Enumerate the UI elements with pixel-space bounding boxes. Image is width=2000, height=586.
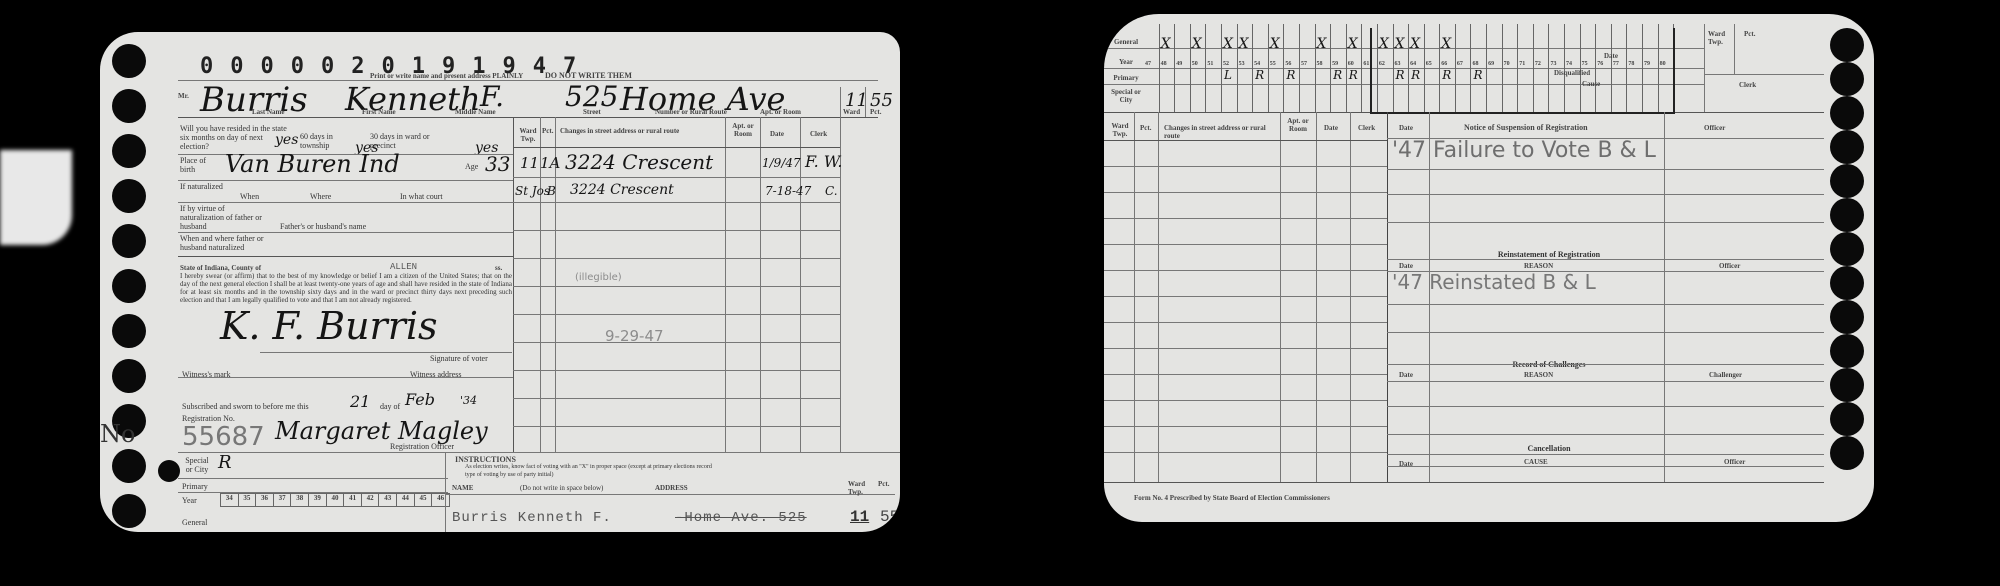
cancellation-cause-header: CAUSE (1524, 458, 1548, 466)
changes-header-date: Date (1324, 124, 1338, 132)
when-where-father-label: When and where father or husband natural… (180, 234, 280, 252)
cause-label: Cause (1582, 80, 1600, 88)
row-label-year: Year (1108, 58, 1144, 66)
punch-hole (1830, 198, 1864, 232)
year-cell: 45 (415, 494, 433, 506)
punch-hole (1830, 368, 1864, 402)
father-husband-name-label: Father's or husband's name (280, 222, 366, 231)
voter-signature: K. F. Burris (220, 304, 438, 348)
instructions-line-2: type of voting by use of party initial) (465, 472, 553, 479)
punch-hole (1830, 130, 1864, 164)
row-label-general: General (1108, 38, 1144, 46)
witness-address-label: Witness address (410, 370, 461, 379)
front-year-row: 34 35 36 37 38 39 40 41 42 43 44 45 46 (220, 493, 450, 507)
in-what-court-label: In what court (400, 192, 443, 201)
index-ward-label: Ward Twp. (848, 480, 873, 496)
index-address: -Home Ave. 525 (675, 510, 807, 526)
punch-hole (112, 494, 146, 528)
vote-year-column: 56R (1284, 24, 1300, 112)
vote-year-column: X48 (1160, 24, 1176, 112)
vote-year-column: 49 (1175, 24, 1191, 112)
year-cell: 49 (1176, 60, 1182, 68)
small-punch-hole (158, 460, 180, 482)
year-cell: 61 (1363, 60, 1369, 68)
year-cell: 52 (1223, 60, 1229, 68)
general-label: General (182, 518, 207, 527)
suspension-title: Notice of Suspension of Registration (1464, 124, 1588, 132)
cancellation-officer-header: Officer (1724, 458, 1745, 466)
year-cell: 44 (397, 494, 415, 506)
reinstatement-officer-header: Officer (1719, 262, 1740, 270)
changes-header-clerk: Clerk (810, 130, 827, 138)
vote-year-column: 54R (1253, 24, 1269, 112)
year-cell: 50 (1192, 60, 1198, 68)
title-prefix: Mr. (178, 92, 189, 100)
pct-label: Pct. (870, 108, 881, 116)
days-township-label: 60 days in township (300, 132, 360, 150)
reinstatement-title: Reinstatement of Registration (1434, 250, 1664, 259)
vote-year-column: X53 (1238, 24, 1254, 112)
year-cell: 48 (1161, 60, 1167, 68)
general-vote-mark: X (1239, 36, 1249, 52)
middle-name-label: Middle Name (455, 108, 496, 116)
year-cell: 41 (344, 494, 362, 506)
instructions-name-label: NAME (452, 484, 473, 492)
year-cell: 37 (274, 494, 292, 506)
general-vote-mark: X (1192, 36, 1202, 52)
year-cell: 36 (256, 494, 274, 506)
days-ward-label: 30 days in ward or precinct (370, 132, 440, 150)
age-value: 33 (485, 152, 510, 176)
general-vote-mark: X (1348, 36, 1358, 52)
row-label-special-city: Special or City (1108, 88, 1144, 104)
punch-hole (112, 359, 146, 393)
changes-header-clerk: Clerk (1358, 124, 1375, 132)
sworn-year-value: '34 (460, 394, 477, 407)
punch-hole (112, 134, 146, 168)
form-footer: Form No. 4 Prescribed by State Board of … (1134, 494, 1330, 502)
resided-state-label: Will you have resided in the state six m… (180, 124, 290, 151)
place-of-birth-label: Place of birth (180, 156, 220, 174)
punch-hole (1830, 436, 1864, 470)
officer-signature: Margaret Magley (275, 417, 488, 445)
ward-label: Ward (843, 108, 860, 116)
year-cell: 47 (1145, 60, 1151, 68)
date-label-grid: Date (1604, 52, 1618, 60)
change-row-4-address: (illegible) (575, 272, 622, 283)
when-label: When (240, 192, 259, 201)
changes-header-address: Changes in street address or rural route (560, 127, 720, 135)
general-vote-mark: X (1317, 36, 1327, 52)
changes-header-address: Changes in street address or rural route (1164, 124, 1279, 140)
primary-label: Primary (182, 482, 208, 491)
number-mark: No (100, 420, 135, 448)
index-name: Burris Kenneth F. (452, 510, 612, 526)
oath-county-value: ALLEN (390, 262, 417, 272)
oath-text: I hereby swear (or affirm) that to the b… (180, 272, 512, 304)
changes-header-ward: Ward Twp. (1106, 122, 1134, 138)
vote-year-column: X60R (1347, 24, 1363, 112)
special-city-label: Special or City (182, 456, 212, 474)
change-row-2-clerk: C. (825, 184, 838, 198)
change-row-1-date: 1/9/47 (762, 156, 801, 170)
punch-hole (1830, 164, 1864, 198)
change-row-2-date: 7-18-47 (765, 184, 811, 198)
punch-hole (1830, 402, 1864, 436)
year-cell: 58 (1317, 60, 1323, 68)
place-of-birth-value: Van Buren Ind (225, 150, 400, 178)
suspension-date-header: Date (1399, 124, 1413, 132)
challenges-reason-header: REASON (1524, 371, 1553, 379)
apt-room-label: Apt. or Room (760, 108, 801, 116)
suspension-entry: '47 Failure to Vote B & L (1392, 138, 1656, 163)
adjacent-card-edge (0, 150, 72, 245)
challenges-challenger-header: Challenger (1709, 371, 1742, 379)
year-cell: 35 (239, 494, 257, 506)
year-cell: 39 (309, 494, 327, 506)
primary-vote-mark: R (1333, 68, 1342, 82)
change-row-1-address: 3224 Crescent (565, 150, 713, 174)
reinstatement-reason-header: REASON (1524, 262, 1553, 270)
punch-hole (1830, 232, 1864, 266)
resided-state-answer: yes (275, 132, 298, 148)
vote-year-column: 51 (1206, 24, 1222, 112)
year-label: Year (182, 496, 197, 505)
changes-header-pct: Pct. (542, 127, 553, 135)
registration-no-value: 55687 (182, 422, 265, 452)
year-cell: 59 (1332, 60, 1338, 68)
number-rural-route-label: Number or Rural Route (655, 108, 727, 116)
instructions-address-label: ADDRESS (655, 484, 688, 492)
primary-vote-mark: R (1286, 68, 1295, 82)
changes-header-pct: Pct. (1140, 124, 1151, 132)
later-years-box (1370, 28, 1675, 114)
punch-hole (1830, 62, 1864, 96)
change-row-2-pct: B (547, 184, 556, 198)
punch-hole (112, 314, 146, 348)
vote-year-column: 59R (1331, 24, 1347, 112)
year-cell: 38 (291, 494, 309, 506)
year-cell: 40 (327, 494, 345, 506)
year-cell: 55 (1270, 60, 1276, 68)
instructions-title: INSTRUCTIONS (455, 456, 516, 464)
punch-hole (112, 224, 146, 258)
registration-card-front: 0000020191947 Print or write name and pr… (100, 32, 900, 532)
punch-hole (112, 89, 146, 123)
do-not-write-label: (Do not write in space below) (520, 484, 603, 493)
punch-hole (1830, 300, 1864, 334)
suspension-officer-header: Officer (1704, 124, 1725, 132)
sworn-month-value: Feb (405, 390, 435, 409)
witness-label: Witness's mark (182, 370, 230, 379)
change-row-1-clerk: F. W. (805, 152, 843, 171)
reinstatement-date-header: Date (1399, 262, 1413, 270)
vote-year-column: 57 (1300, 24, 1316, 112)
row-label-primary: Primary (1108, 74, 1144, 82)
disqualified-label: Disqualified (1554, 69, 1590, 77)
year-cell: 57 (1301, 60, 1307, 68)
punch-hole (1830, 28, 1864, 62)
sworn-day-value: 21 (350, 392, 370, 411)
oath-state-county: State of Indiana, County of (180, 264, 261, 272)
top-pct-label: Pct. (1744, 30, 1755, 38)
year-cell: 53 (1239, 60, 1245, 68)
changes-header-ward: Ward Twp. (517, 127, 539, 143)
punch-hole (112, 44, 146, 78)
punch-hole (112, 269, 146, 303)
naturalized-label: If naturalized (180, 182, 230, 191)
punch-hole (112, 449, 146, 483)
oath-ss: ss. (495, 264, 502, 272)
age-label: Age (465, 162, 478, 171)
index-pct-label: Pct. (878, 480, 889, 488)
top-clerk-label: Clerk (1739, 81, 1756, 89)
change-row-2-address: 3224 Crescent (570, 182, 674, 198)
day-of-label: day of (380, 402, 400, 411)
header-warning: DO NOT WRITE THEM (545, 72, 632, 80)
instructions-line-1: As election writes, know fact of voting … (465, 464, 885, 471)
year-cell: 43 (379, 494, 397, 506)
primary-vote-mark: L (1224, 68, 1232, 82)
year-cell: 60 (1348, 60, 1354, 68)
primary-vote-mark: R (1255, 68, 1264, 82)
primary-vote-mark: R (1349, 68, 1358, 82)
special-city-mark: R (218, 452, 232, 473)
change-row-1-ward: 11 (520, 154, 539, 172)
punch-hole (1830, 266, 1864, 300)
header-instruction: Print or write name and present address … (370, 72, 523, 80)
changes-header-apt: Apt. or Room (728, 122, 758, 138)
change-row-2-ward: St Jos (515, 184, 550, 198)
challenges-date-header: Date (1399, 371, 1413, 379)
year-cell: 42 (362, 494, 380, 506)
index-pct: 55 (880, 508, 899, 526)
changes-header-date: Date (770, 130, 784, 138)
year-cell: 34 (221, 494, 239, 506)
change-row-1-pct: 1A (540, 154, 560, 172)
registration-card-back: General Year Primary Special or City 47X… (1104, 14, 1874, 522)
punch-hole (112, 179, 146, 213)
registration-officer-label: Registration Officer (390, 442, 454, 451)
changes-header-apt: Apt. or Room (1282, 117, 1314, 133)
cancellation-title: Cancellation (1434, 444, 1664, 453)
subscribed-label: Subscribed and sworn to before me this (182, 402, 309, 411)
vote-year-column: X52L (1222, 24, 1238, 112)
year-cell: 46 (432, 494, 449, 506)
vote-year-column: X55 (1269, 24, 1285, 112)
signature-of-voter-label: Signature of voter (430, 354, 488, 363)
general-vote-mark: X (1270, 36, 1280, 52)
general-vote-mark: X (1223, 36, 1233, 52)
punch-hole (1830, 334, 1864, 368)
vote-year-column: 47 (1144, 24, 1160, 112)
street-label: Street (583, 108, 601, 116)
year-cell: 51 (1207, 60, 1213, 68)
vote-year-column: X58 (1316, 24, 1332, 112)
top-ward-label: Ward Twp. (1708, 30, 1732, 46)
year-cell: 54 (1254, 60, 1260, 68)
year-cell: 56 (1285, 60, 1291, 68)
last-name-label: Last Name (252, 108, 284, 116)
index-ward: 11 (850, 508, 869, 526)
reinstatement-entry: '47 Reinstated B & L (1392, 270, 1596, 294)
where-label: Where (310, 192, 331, 201)
virtue-naturalization-label: If by virtue of naturalization of father… (180, 204, 270, 231)
first-name-label: First Name (362, 108, 396, 116)
general-vote-mark: X (1161, 36, 1171, 52)
punch-hole (1830, 96, 1864, 130)
vote-year-column: X50 (1191, 24, 1207, 112)
